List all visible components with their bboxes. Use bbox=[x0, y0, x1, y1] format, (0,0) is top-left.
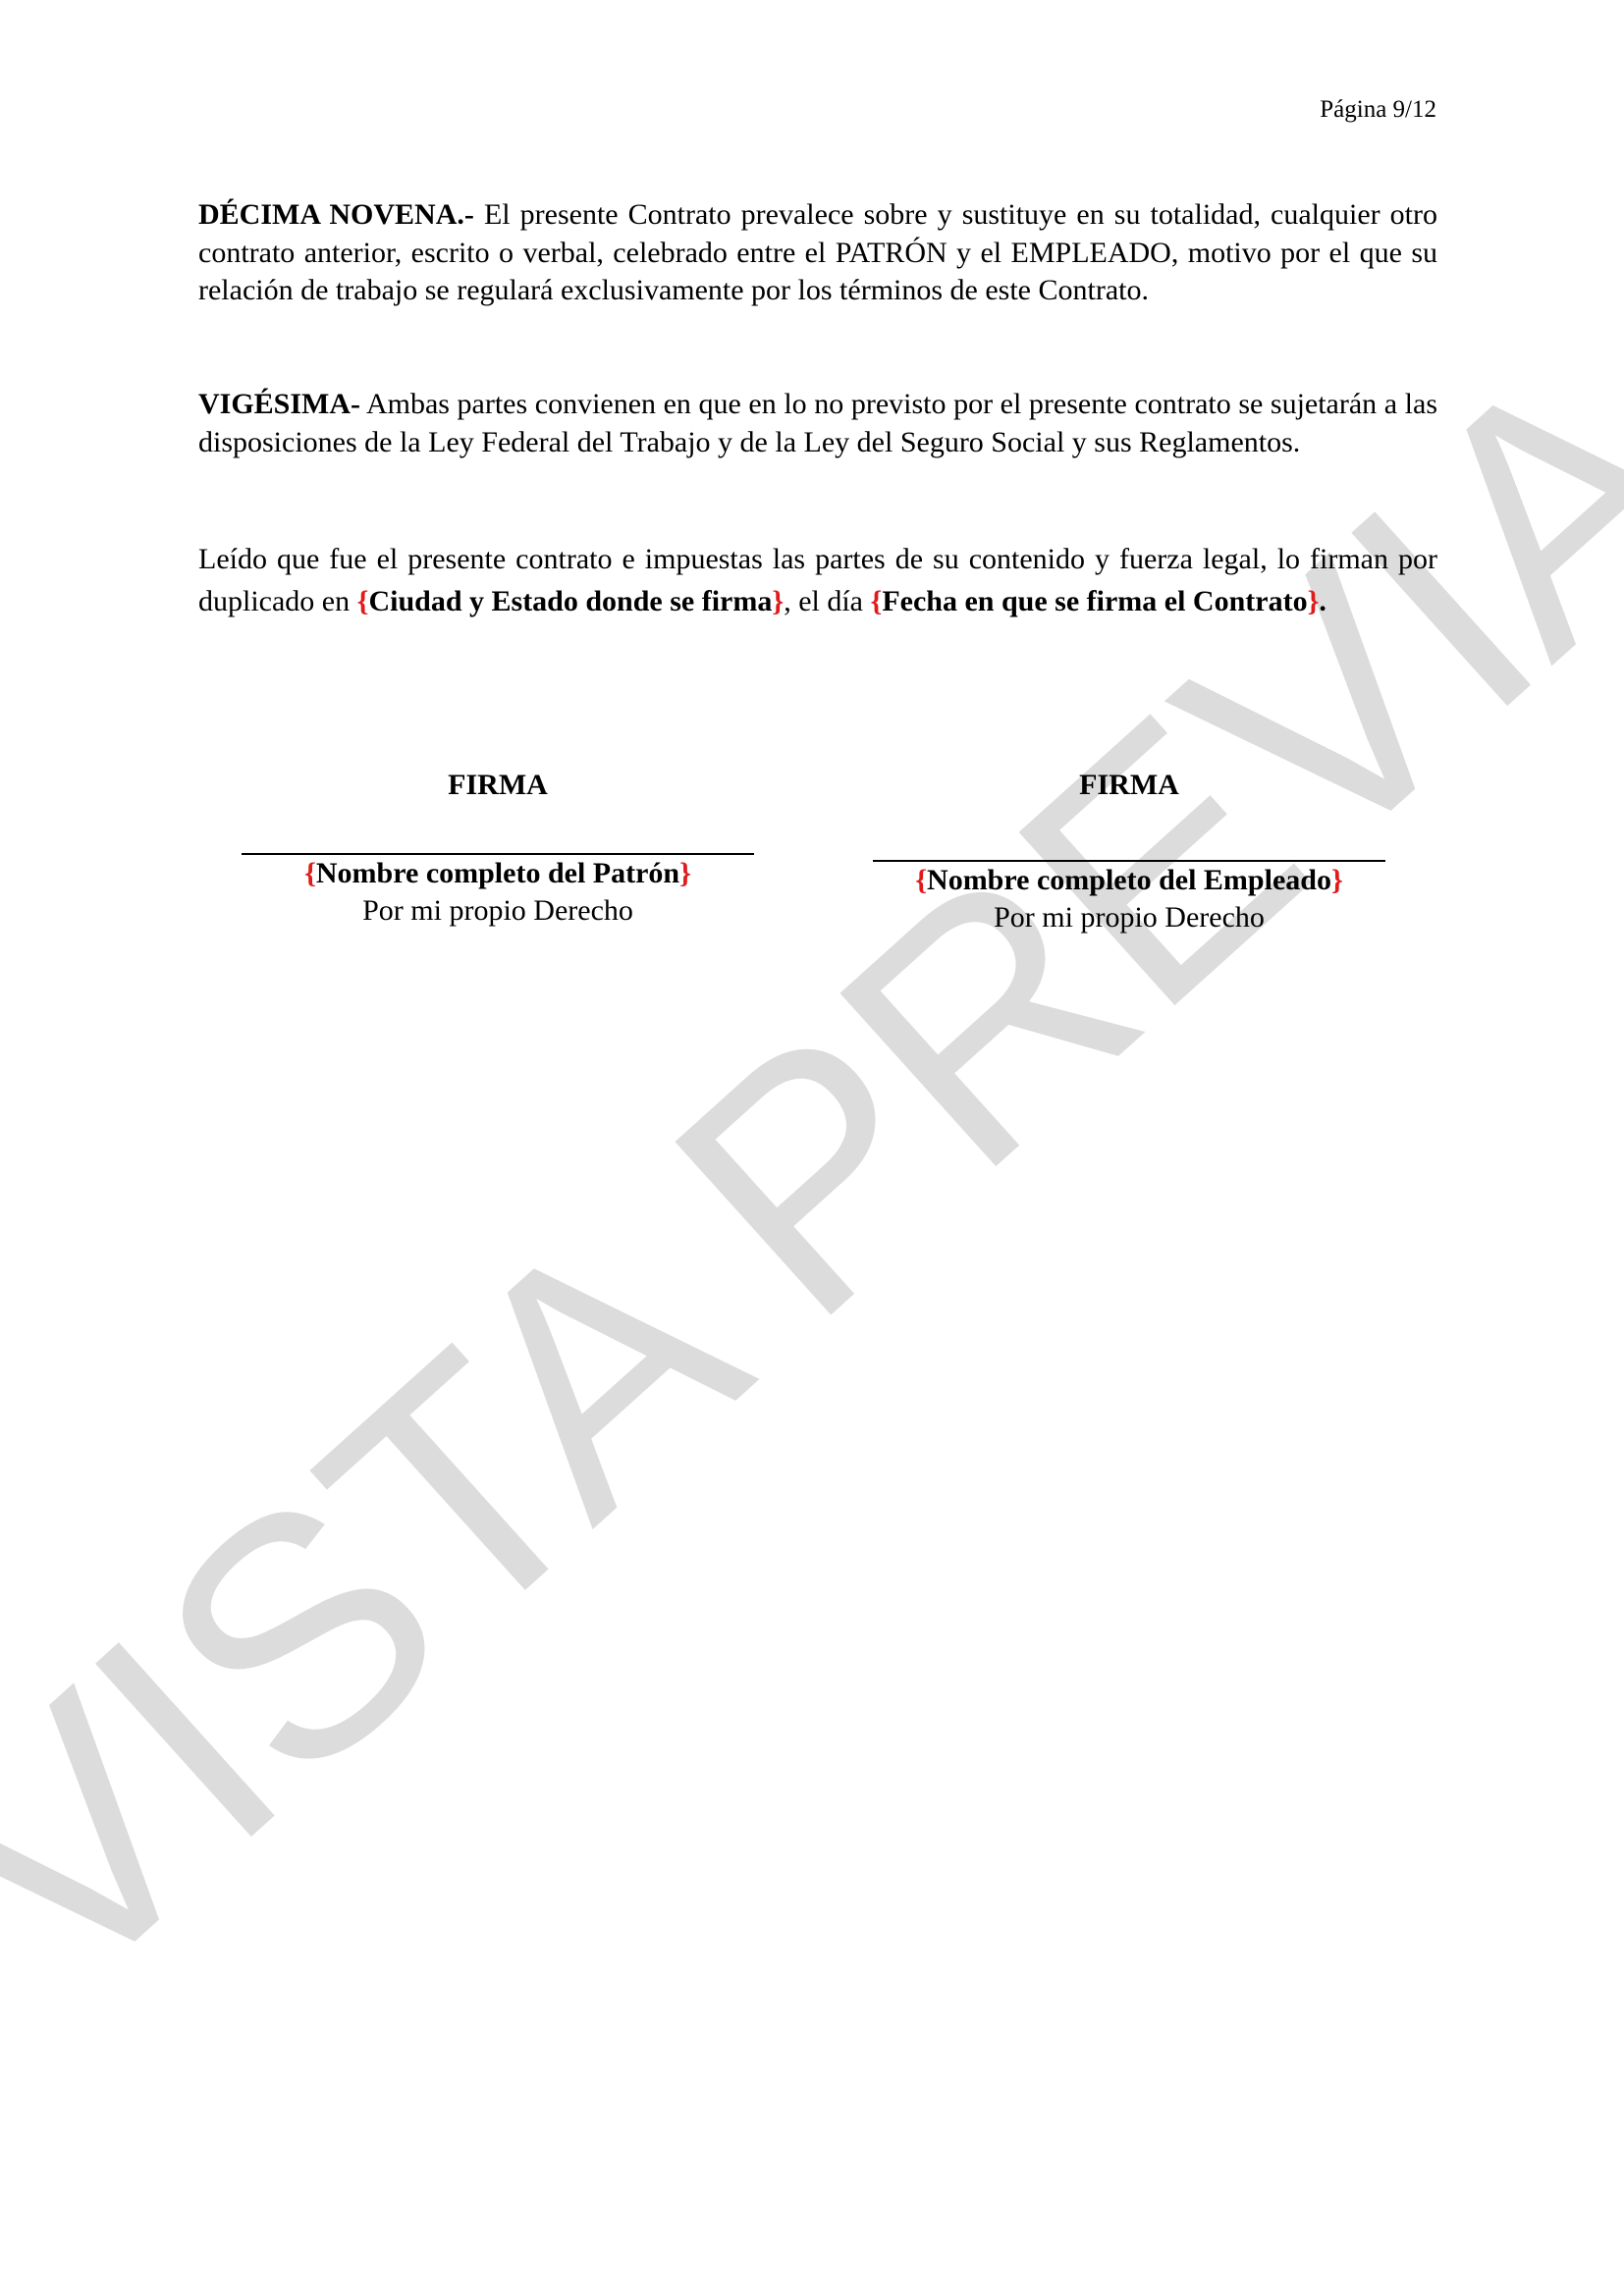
signature-title: FIRMA bbox=[242, 766, 754, 805]
brace-close: } bbox=[679, 857, 691, 889]
name-placeholder-employee: Nombre completo del Empleado bbox=[927, 864, 1331, 896]
clause-vigesima: VIGÉSIMA- Ambas partes convienen en que … bbox=[198, 386, 1437, 461]
page-number: Página 9/12 bbox=[1320, 95, 1436, 125]
name-placeholder-employer: Nombre completo del Patrón bbox=[316, 857, 679, 889]
document-page: Página 9/12 DÉCIMA NOVENA.- El presente … bbox=[0, 0, 1624, 2296]
clause-text: Ambas partes convienen en que en lo no p… bbox=[198, 388, 1437, 458]
brace-open: { bbox=[871, 585, 883, 617]
signature-block-employee: FIRMA {Nombre completo del Empleado} Por… bbox=[873, 766, 1385, 936]
signature-title: FIRMA bbox=[873, 766, 1385, 805]
brace-close: } bbox=[1308, 585, 1320, 617]
brace-close: } bbox=[772, 585, 784, 617]
signature-subtitle: Por mi propio Derecho bbox=[242, 892, 754, 930]
closing-period: . bbox=[1319, 585, 1326, 617]
signature-subtitle: Por mi propio Derecho bbox=[873, 899, 1385, 936]
brace-open: { bbox=[357, 585, 369, 617]
brace-open: { bbox=[304, 857, 316, 889]
clause-heading: DÉCIMA NOVENA.- bbox=[198, 198, 474, 231]
brace-open: { bbox=[915, 864, 927, 896]
placeholder-city-state: Ciudad y Estado donde se firma bbox=[368, 585, 772, 617]
signature-name: {Nombre completo del Patrón} bbox=[242, 855, 754, 892]
clause-decima-novena: DÉCIMA NOVENA.- El presente Contrato pre… bbox=[198, 196, 1437, 310]
closing-text-middle: , el día bbox=[784, 585, 870, 617]
signature-block-employer: FIRMA {Nombre completo del Patrón} Por m… bbox=[242, 766, 754, 930]
brace-close: } bbox=[1331, 864, 1343, 896]
signature-name: {Nombre completo del Empleado} bbox=[873, 862, 1385, 899]
clause-heading: VIGÉSIMA- bbox=[198, 388, 360, 420]
closing-paragraph: Leído que fue el presente contrato e imp… bbox=[198, 538, 1437, 622]
placeholder-date: Fecha en que se firma el Contrato bbox=[882, 585, 1307, 617]
